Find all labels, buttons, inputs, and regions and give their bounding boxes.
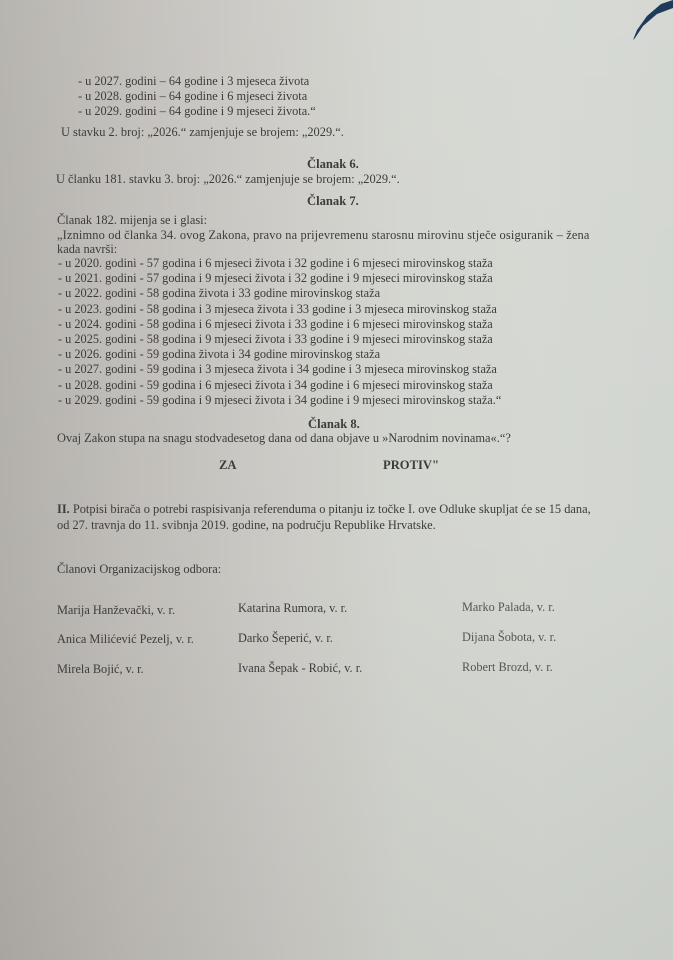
committee-title: Članovi Organizacijskog odbora: (57, 562, 221, 577)
vote-za-label: ZA (219, 458, 237, 473)
clanak8-text: Ovaj Zakon stupa na snagu stodvadesetog … (57, 431, 511, 446)
clanak7-quote-line2: kada navrši: (57, 242, 117, 257)
list-item: - u 2021. godini - 57 godina i 9 mjeseci… (58, 271, 501, 286)
clanak6-text: U članku 181. stavku 3. broj: „2026.“ za… (56, 172, 400, 187)
list-item: - u 2028. godini – 64 godine i 6 mjeseci… (78, 89, 316, 104)
clanak7-intro: Članak 182. mijenja se i glasi: (57, 213, 207, 228)
member-signature: Anica Milićević Pezelj, v. r. (57, 632, 194, 647)
stavak2-text: U stavku 2. broj: „2026.“ zamjenjuje se … (61, 125, 344, 140)
list-item: - u 2027. godini - 59 godina i 3 mjeseca… (58, 362, 501, 377)
member-signature: Katarina Rumora, v. r. (238, 601, 347, 616)
retirement-schedule-list: - u 2020. godini - 57 godina i 6 mjeseci… (58, 256, 501, 408)
list-item: - u 2027. godini – 64 godine i 3 mjeseca… (78, 74, 316, 89)
list-item: - u 2024. godini - 58 godina i 6 mjeseci… (58, 317, 501, 332)
section2-label: II. (57, 502, 70, 516)
section2-text: Potpisi birača o potrebi raspisivanja re… (70, 502, 591, 516)
member-signature: Robert Brozd, v. r. (462, 660, 553, 675)
member-signature: Marija Hanževački, v. r. (57, 603, 175, 618)
clanak7-quote-line1: „Iznimno od članka 34. ovog Zakona, prav… (57, 228, 590, 243)
member-signature: Darko Šeperić, v. r. (238, 631, 333, 646)
list-item: - u 2029. godini – 64 godine i 9 mjeseci… (78, 104, 316, 119)
list-item: - u 2023. godini - 58 godina i 3 mjeseca… (58, 302, 501, 317)
clanak6-heading: Članak 6. (307, 157, 359, 172)
list-item: - u 2029. godini - 59 godina i 9 mjeseci… (58, 393, 501, 408)
list-item: - u 2020. godini - 57 godina i 6 mjeseci… (58, 256, 501, 271)
member-signature: Dijana Šobota, v. r. (462, 630, 556, 645)
clanak7-heading: Članak 7. (307, 194, 359, 209)
document-page: - u 2027. godini – 64 godine i 3 mjeseca… (0, 0, 673, 960)
clanak8-heading: Članak 8. (308, 417, 360, 432)
top-list: - u 2027. godini – 64 godine i 3 mjeseca… (78, 74, 316, 120)
list-item: - u 2026. godini - 59 godina života i 34… (58, 347, 501, 362)
list-item: - u 2028. godini - 59 godina i 6 mjeseci… (58, 378, 501, 393)
section2-line2: od 27. travnja do 11. svibnja 2019. godi… (57, 518, 436, 533)
list-item: - u 2022. godini - 58 godina života i 33… (58, 286, 501, 301)
member-signature: Mirela Bojić, v. r. (57, 662, 144, 677)
member-signature: Ivana Šepak - Robić, v. r. (238, 661, 362, 676)
list-item: - u 2025. godini - 58 godina i 9 mjeseci… (58, 332, 501, 347)
member-signature: Marko Palada, v. r. (462, 600, 555, 615)
vote-protiv-label: PROTIV" (383, 458, 439, 473)
section2-line1: II. Potpisi birača o potrebi raspisivanj… (57, 502, 591, 517)
